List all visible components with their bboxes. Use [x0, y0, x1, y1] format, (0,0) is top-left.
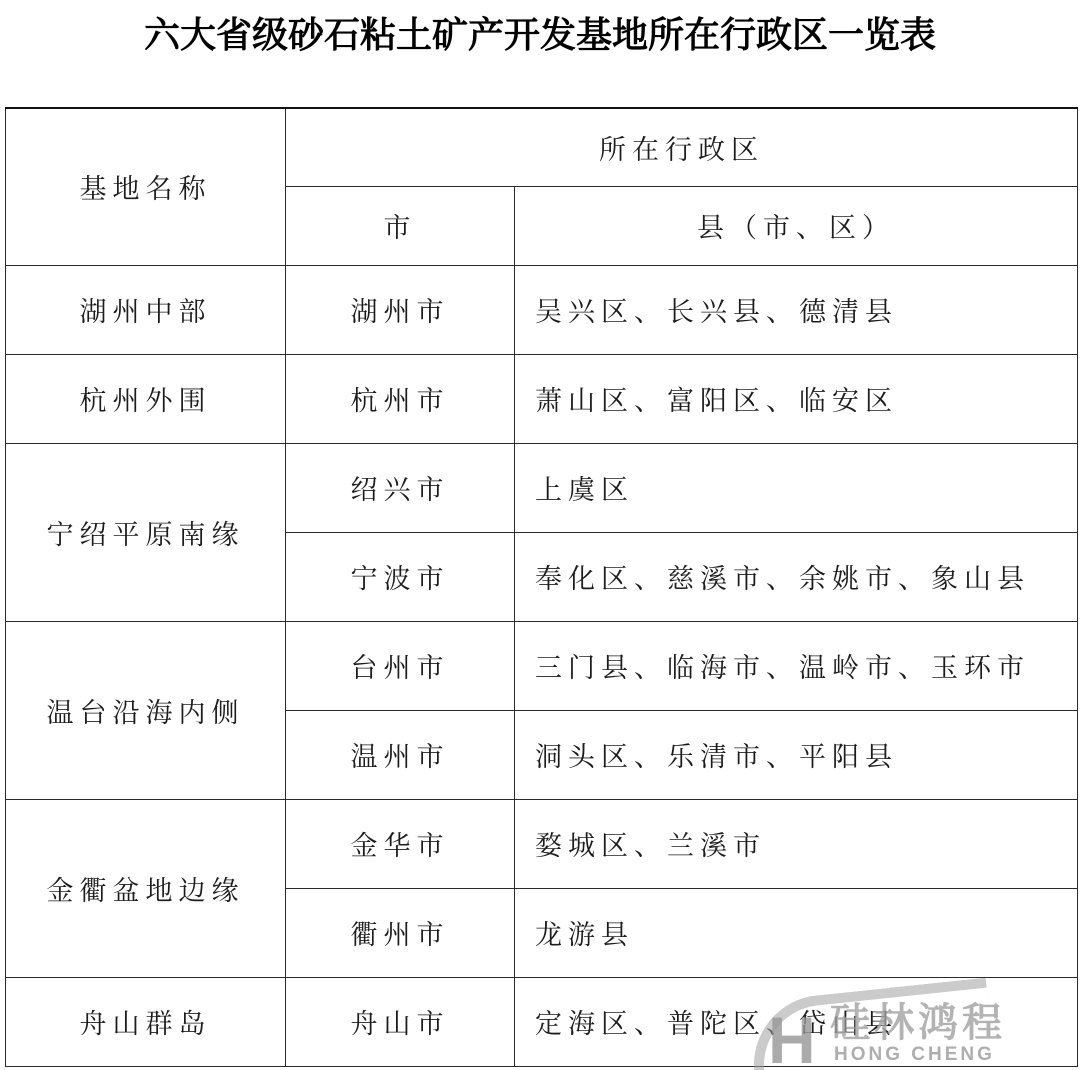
- base-name-cell: 杭州外围: [6, 354, 286, 443]
- city-cell: 杭州市: [286, 354, 515, 443]
- city-cell: 宁波市: [286, 532, 515, 621]
- header-county: 县（市、区）: [515, 186, 1078, 265]
- header-row-1: 基地名称 所在行政区: [6, 108, 1078, 186]
- county-cell: 奉化区、慈溪市、余姚市、象山县: [515, 532, 1078, 621]
- header-base-name: 基地名称: [6, 108, 286, 265]
- base-name-cell: 舟山群岛: [6, 977, 286, 1066]
- table-row: 温台沿海内侧 台州市 三门县、临海市、温岭市、玉环市: [6, 621, 1078, 710]
- city-cell: 台州市: [286, 621, 515, 710]
- city-cell: 绍兴市: [286, 443, 515, 532]
- page-title: 六大省级砂石粘土矿产开发基地所在行政区一览表: [0, 10, 1080, 60]
- base-name-cell: 湖州中部: [6, 265, 286, 354]
- county-cell: 吴兴区、长兴县、德清县: [515, 265, 1078, 354]
- city-cell: 舟山市: [286, 977, 515, 1066]
- county-cell: 洞头区、乐清市、平阳县: [515, 710, 1078, 799]
- header-city: 市: [286, 186, 515, 265]
- table-row: 金衢盆地边缘 金华市 婺城区、兰溪市: [6, 799, 1078, 888]
- county-cell: 三门县、临海市、温岭市、玉环市: [515, 621, 1078, 710]
- city-cell: 衢州市: [286, 888, 515, 977]
- table-row: 舟山群岛 舟山市 定海区、普陀区、岱山县: [6, 977, 1078, 1066]
- table-row: 杭州外围 杭州市 萧山区、富阳区、临安区: [6, 354, 1078, 443]
- city-cell: 温州市: [286, 710, 515, 799]
- admin-region-table: 基地名称 所在行政区 市 县（市、区） 湖州中部 湖州市 吴兴区、长兴县、德清县…: [5, 107, 1078, 1067]
- city-cell: 湖州市: [286, 265, 515, 354]
- county-cell: 龙游县: [515, 888, 1078, 977]
- county-cell: 定海区、普陀区、岱山县: [515, 977, 1078, 1066]
- base-name-cell: 宁绍平原南缘: [6, 443, 286, 621]
- header-admin-region: 所在行政区: [286, 108, 1078, 186]
- base-name-cell: 金衢盆地边缘: [6, 799, 286, 977]
- county-cell: 萧山区、富阳区、临安区: [515, 354, 1078, 443]
- city-cell: 金华市: [286, 799, 515, 888]
- county-cell: 上虞区: [515, 443, 1078, 532]
- county-cell: 婺城区、兰溪市: [515, 799, 1078, 888]
- table-row: 湖州中部 湖州市 吴兴区、长兴县、德清县: [6, 265, 1078, 354]
- table-row: 宁绍平原南缘 绍兴市 上虞区: [6, 443, 1078, 532]
- base-name-cell: 温台沿海内侧: [6, 621, 286, 799]
